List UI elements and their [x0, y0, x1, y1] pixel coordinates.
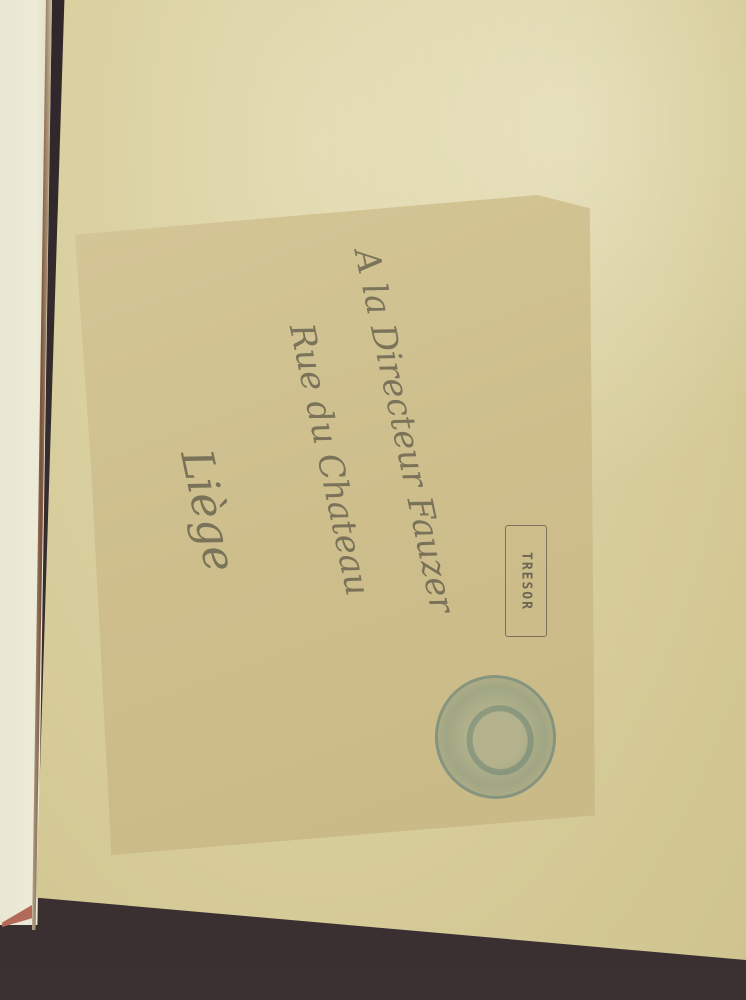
boxed-handstamp: TRESOR — [505, 525, 547, 637]
handstamp-text: TRESOR — [519, 552, 534, 611]
postmark-inner-ring — [461, 700, 539, 781]
